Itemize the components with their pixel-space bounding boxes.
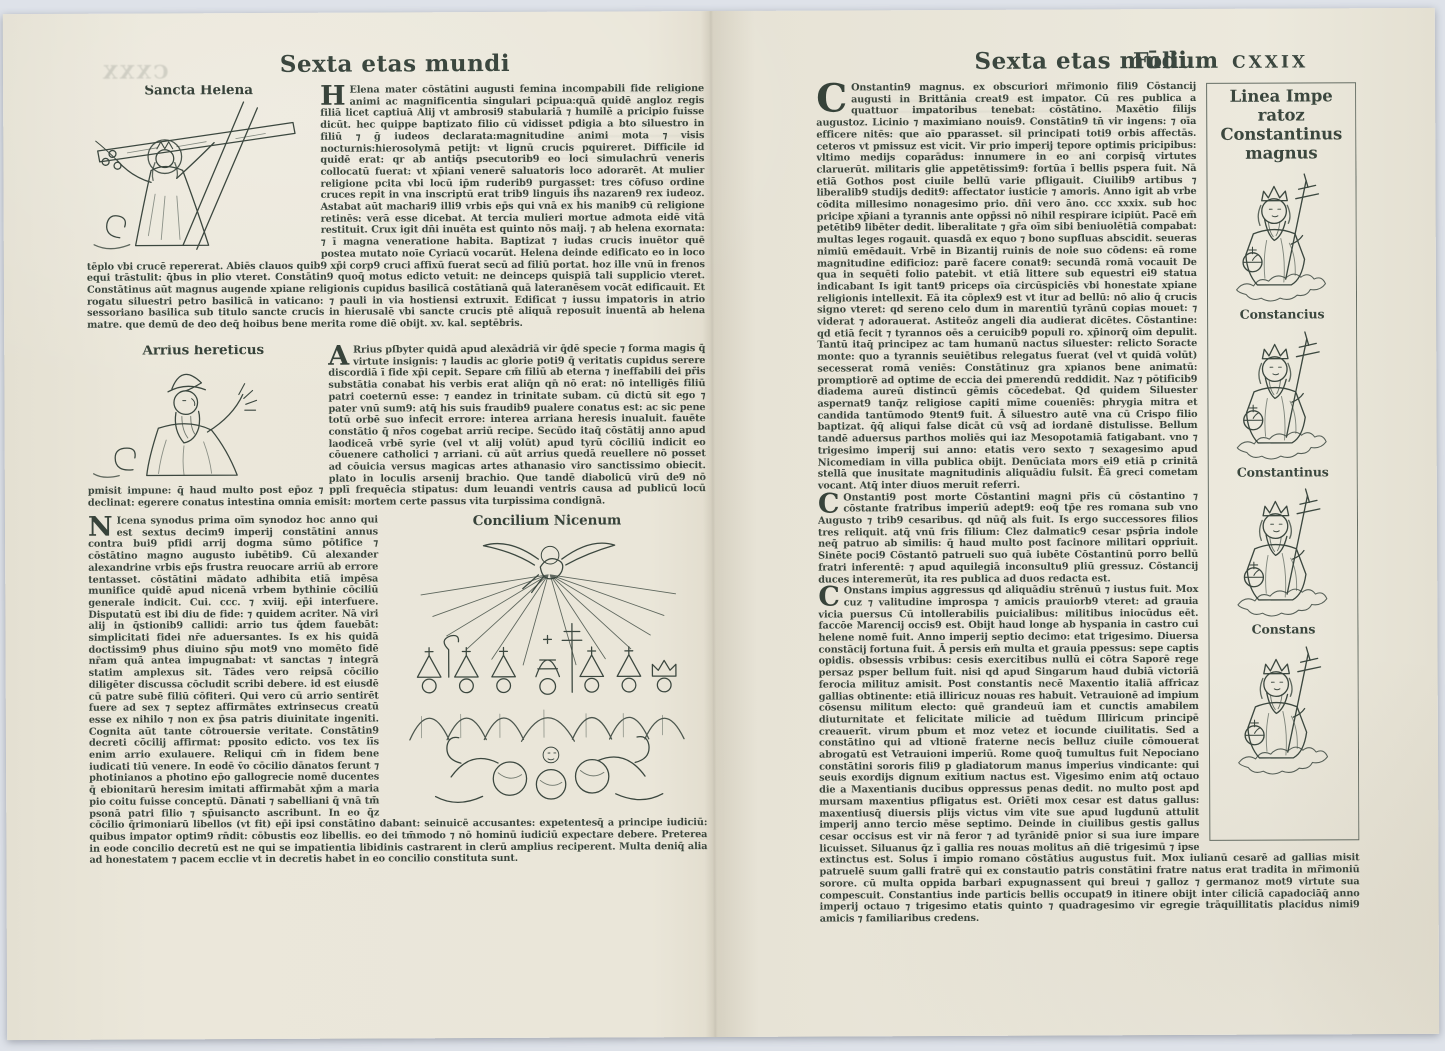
- caption-concilium-nicenum: Concilium Nicenum: [388, 515, 706, 528]
- right-page-header: Sexta etas mūdi FoliumCXXIX: [816, 46, 1356, 82]
- folio-number: CXXIX: [1232, 52, 1308, 72]
- book-sheet: CXXX Sexta etas mundi Sancta Helena: [3, 8, 1439, 1040]
- folium-word: Folium: [1133, 48, 1218, 74]
- drop-cap: A: [328, 345, 349, 368]
- right-page: Sexta etas mūdi FoliumCXXIX Linea Impe r…: [816, 46, 1360, 926]
- drop-cap: H: [320, 85, 346, 108]
- section-concilium-nicenum: Concilium Nicenum: [88, 513, 708, 894]
- emperor-portrait-constantinus-magnus: [1222, 167, 1341, 308]
- section-sancta-helena: Sancta Helena H: [86, 83, 705, 346]
- emperor-portrait-constantinus: [1224, 483, 1343, 624]
- linea-heading-line: ratoz: [1210, 105, 1352, 125]
- drop-cap: C: [818, 586, 839, 609]
- arrius-woodcut: [87, 358, 318, 477]
- linea-imperatorum-column: Linea Impe ratoz Constantinus magnus Con…: [1206, 82, 1359, 841]
- portrait-label-constancius: Constancius: [1211, 308, 1353, 320]
- helena-figure-block: Sancta Helena: [86, 85, 312, 253]
- drop-cap: C: [818, 492, 839, 515]
- folium-label: FoliumCXXIX: [1133, 47, 1308, 74]
- linea-heading: Linea Impe ratoz Constantinus magnus: [1210, 86, 1352, 163]
- council-figure-block: Concilium Nicenum: [388, 515, 707, 816]
- linea-heading-line: magnus: [1210, 143, 1352, 163]
- linea-heading-line: Linea Impe: [1210, 86, 1352, 106]
- drop-cap: C: [816, 82, 847, 115]
- portrait-label-constans: Constans: [1212, 624, 1354, 636]
- left-page: Sexta etas mundi Sancta Helena: [86, 49, 708, 894]
- paragraph-text: Onstantin9 magnus. ex obscuriori mr̄imon…: [816, 81, 1198, 492]
- paragraph-text: Onstanti9 post morte Cōstantini magni pr…: [818, 491, 1198, 586]
- arrius-figure-block: Arrius hereticus: [87, 345, 320, 481]
- caption-sancta-helena: Sancta Helena: [86, 85, 311, 98]
- left-page-header: Sexta etas mundi: [86, 49, 704, 86]
- council-woodcut: [388, 529, 707, 812]
- linea-heading-line: Constantinus: [1210, 124, 1352, 144]
- emperor-portrait-constans: [1225, 640, 1344, 781]
- caption-arrius-hereticus: Arrius hereticus: [87, 345, 319, 358]
- drop-cap: N: [88, 516, 113, 539]
- helena-woodcut: [86, 99, 309, 250]
- emperor-portrait-constancius: [1223, 325, 1342, 466]
- right-page-body: Linea Impe ratoz Constantinus magnus Con…: [816, 80, 1360, 926]
- portrait-label-constantinus: Constantinus: [1212, 466, 1354, 478]
- section-arrius-hereticus: Arrius hereticus A Rrius pſbyte: [87, 343, 706, 516]
- scanned-chronicle-page: { "colors": { "ink": "#3b473f", "paper":…: [0, 0, 1445, 1051]
